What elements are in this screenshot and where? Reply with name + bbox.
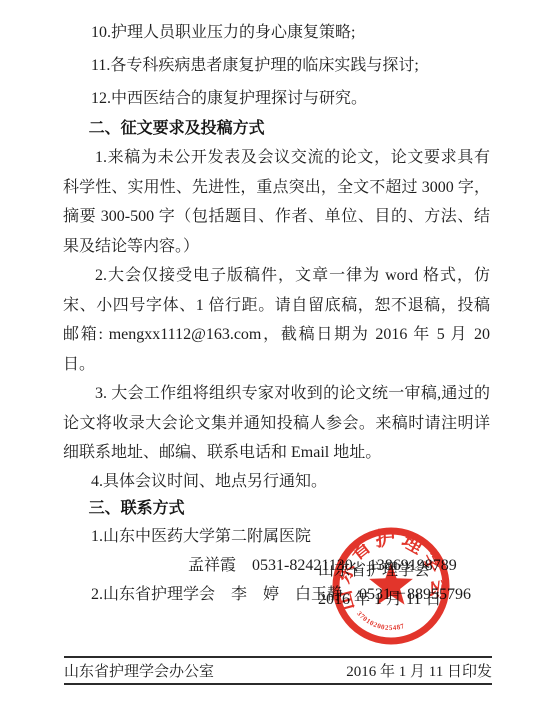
footer-office-name: 山东省护理学会办公室: [64, 660, 214, 681]
submission-paragraph-1: 1.来稿为未公开发表及会议交流的论文，论文要求具有科学性、实用性、先进性，重点突…: [63, 143, 490, 261]
section-heading-contact: 三、联系方式: [63, 495, 490, 523]
section-heading-submission: 二、征文要求及投稿方式: [63, 115, 490, 143]
document-body: 10.护理人员职业压力的身心康复策略; 11.各专科疾病患者康复护理的临床实践与…: [63, 16, 490, 608]
footer-rule-block: 山东省护理学会办公室 2016 年 1 月 11 日印发: [64, 656, 492, 685]
topic-item-12: 12.中西医结合的康复护理探讨与研究。: [63, 82, 490, 115]
submission-paragraph-2: 2.大会仅接受电子版稿件，文章一律为 word 格式，仿宋、小四号字体、1 倍行…: [63, 261, 490, 379]
footer-print-date: 2016 年 1 月 11 日印发: [346, 660, 492, 681]
signature-block: 山东省护理学会 2016 年 1 月 11 日: [318, 556, 441, 614]
contact-org-1: 1.山东中医药大学第二附属医院: [63, 523, 490, 550]
topic-item-10: 10.护理人员职业压力的身心康复策略;: [63, 16, 490, 49]
submission-paragraph-3: 3. 大会工作组将组织专家对收到的论文统一审稿,通过的论文将收录大会论文集并通知…: [63, 379, 490, 468]
topic-item-11: 11.各专科疾病患者康复护理的临床实践与探讨;: [63, 49, 490, 82]
signature-date: 2016 年 1 月 11 日: [318, 585, 441, 614]
signature-org: 山东省护理学会: [318, 556, 441, 585]
document-page: 10.护理人员职业压力的身心康复策略; 11.各专科疾病患者康复护理的临床实践与…: [0, 0, 554, 708]
submission-paragraph-4: 4.具体会议时间、地点另行通知。: [63, 468, 490, 495]
